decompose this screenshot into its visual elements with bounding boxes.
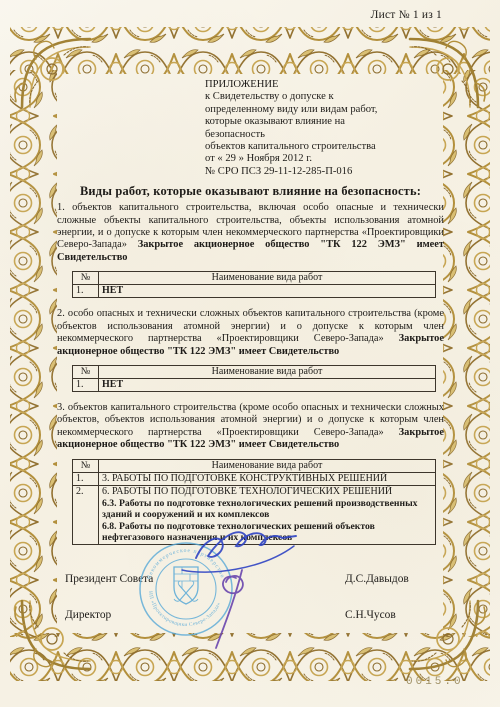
- row-number: 1.: [73, 285, 99, 298]
- table-row: 1. НЕТ: [73, 378, 436, 391]
- header-line: от « 29 » Ноября 2012 г.: [205, 153, 444, 165]
- header-line: № СРО ПСЗ 29-11-12-285-П-016: [205, 166, 444, 178]
- row-name: 6. РАБОТЫ ПО ПОДГОТОВКЕ ТЕХНОЛОГИЧЕСКИХ …: [102, 486, 432, 499]
- signer-name: С.Н.Чусов: [345, 609, 396, 621]
- paragraph-1: 1. объектов капитального строительства, …: [57, 202, 444, 264]
- column-header-num: №: [73, 365, 99, 378]
- row-number: 2.: [73, 485, 99, 544]
- header-line: объектов капитального строительства: [205, 141, 444, 153]
- table-header-row: № Наименование вида работ: [73, 272, 436, 285]
- paragraph-2-text: 2. особо опасных и технически сложных об…: [57, 308, 444, 344]
- header-line: которые оказывают влияние на: [205, 116, 444, 128]
- column-header-name: Наименование вида работ: [99, 365, 436, 378]
- paragraph-3: 3. объектов капитального строительства (…: [57, 402, 444, 452]
- director-signature-icon: [216, 570, 243, 648]
- document-page: Лист № 1 из 1 ПРИЛОЖЕНИЕ к Свидетельству…: [0, 0, 500, 707]
- president-signature-icon: [182, 532, 296, 572]
- table-row: 1. 3. РАБОТЫ ПО ПОДГОТОВКЕ КОНСТРУКТИВНЫ…: [73, 472, 436, 485]
- row-sub-item: 6.3. Работы по подготовке технологически…: [102, 498, 432, 521]
- row-number: 1.: [73, 472, 99, 485]
- column-header-name: Наименование вида работ: [99, 459, 436, 472]
- appendix-header: ПРИЛОЖЕНИЕ к Свидетельству о допуске к о…: [205, 79, 444, 178]
- header-line: определенному виду или видам работ,: [205, 104, 444, 116]
- row-name: НЕТ: [99, 285, 436, 298]
- serial-number: 0015.0: [406, 676, 464, 688]
- section-title: Виды работ, которые оказывают влияние на…: [57, 184, 444, 199]
- signer-name: Д.С.Давыдов: [345, 573, 409, 585]
- works-table-2: № Наименование вида работ 1. НЕТ: [72, 365, 436, 392]
- table-header-row: № Наименование вида работ: [73, 459, 436, 472]
- table-row: 1. НЕТ: [73, 285, 436, 298]
- column-header-num: №: [73, 272, 99, 285]
- header-line: ПРИЛОЖЕНИЕ: [205, 79, 444, 91]
- column-header-num: №: [73, 459, 99, 472]
- sheet-number-label: Лист № 1 из 1: [371, 9, 442, 21]
- row-name: 3. РАБОТЫ ПО ПОДГОТОВКЕ КОНСТРУКТИВНЫХ Р…: [99, 472, 436, 485]
- signer-title: Директор: [65, 609, 111, 621]
- table-header-row: № Наименование вида работ: [73, 365, 436, 378]
- paragraph-2: 2. особо опасных и технически сложных об…: [57, 308, 444, 358]
- row-number: 1.: [73, 378, 99, 391]
- handwritten-signatures-icon: [178, 526, 328, 656]
- header-line: к Свидетельству о допуске к: [205, 91, 444, 103]
- paragraph-3-text: 3. объектов капитального строительства (…: [57, 402, 444, 438]
- works-table-1: № Наименование вида работ 1. НЕТ: [72, 271, 436, 298]
- column-header-name: Наименование вида работ: [99, 272, 436, 285]
- header-line: безопасность: [205, 129, 444, 141]
- row-name: НЕТ: [99, 378, 436, 391]
